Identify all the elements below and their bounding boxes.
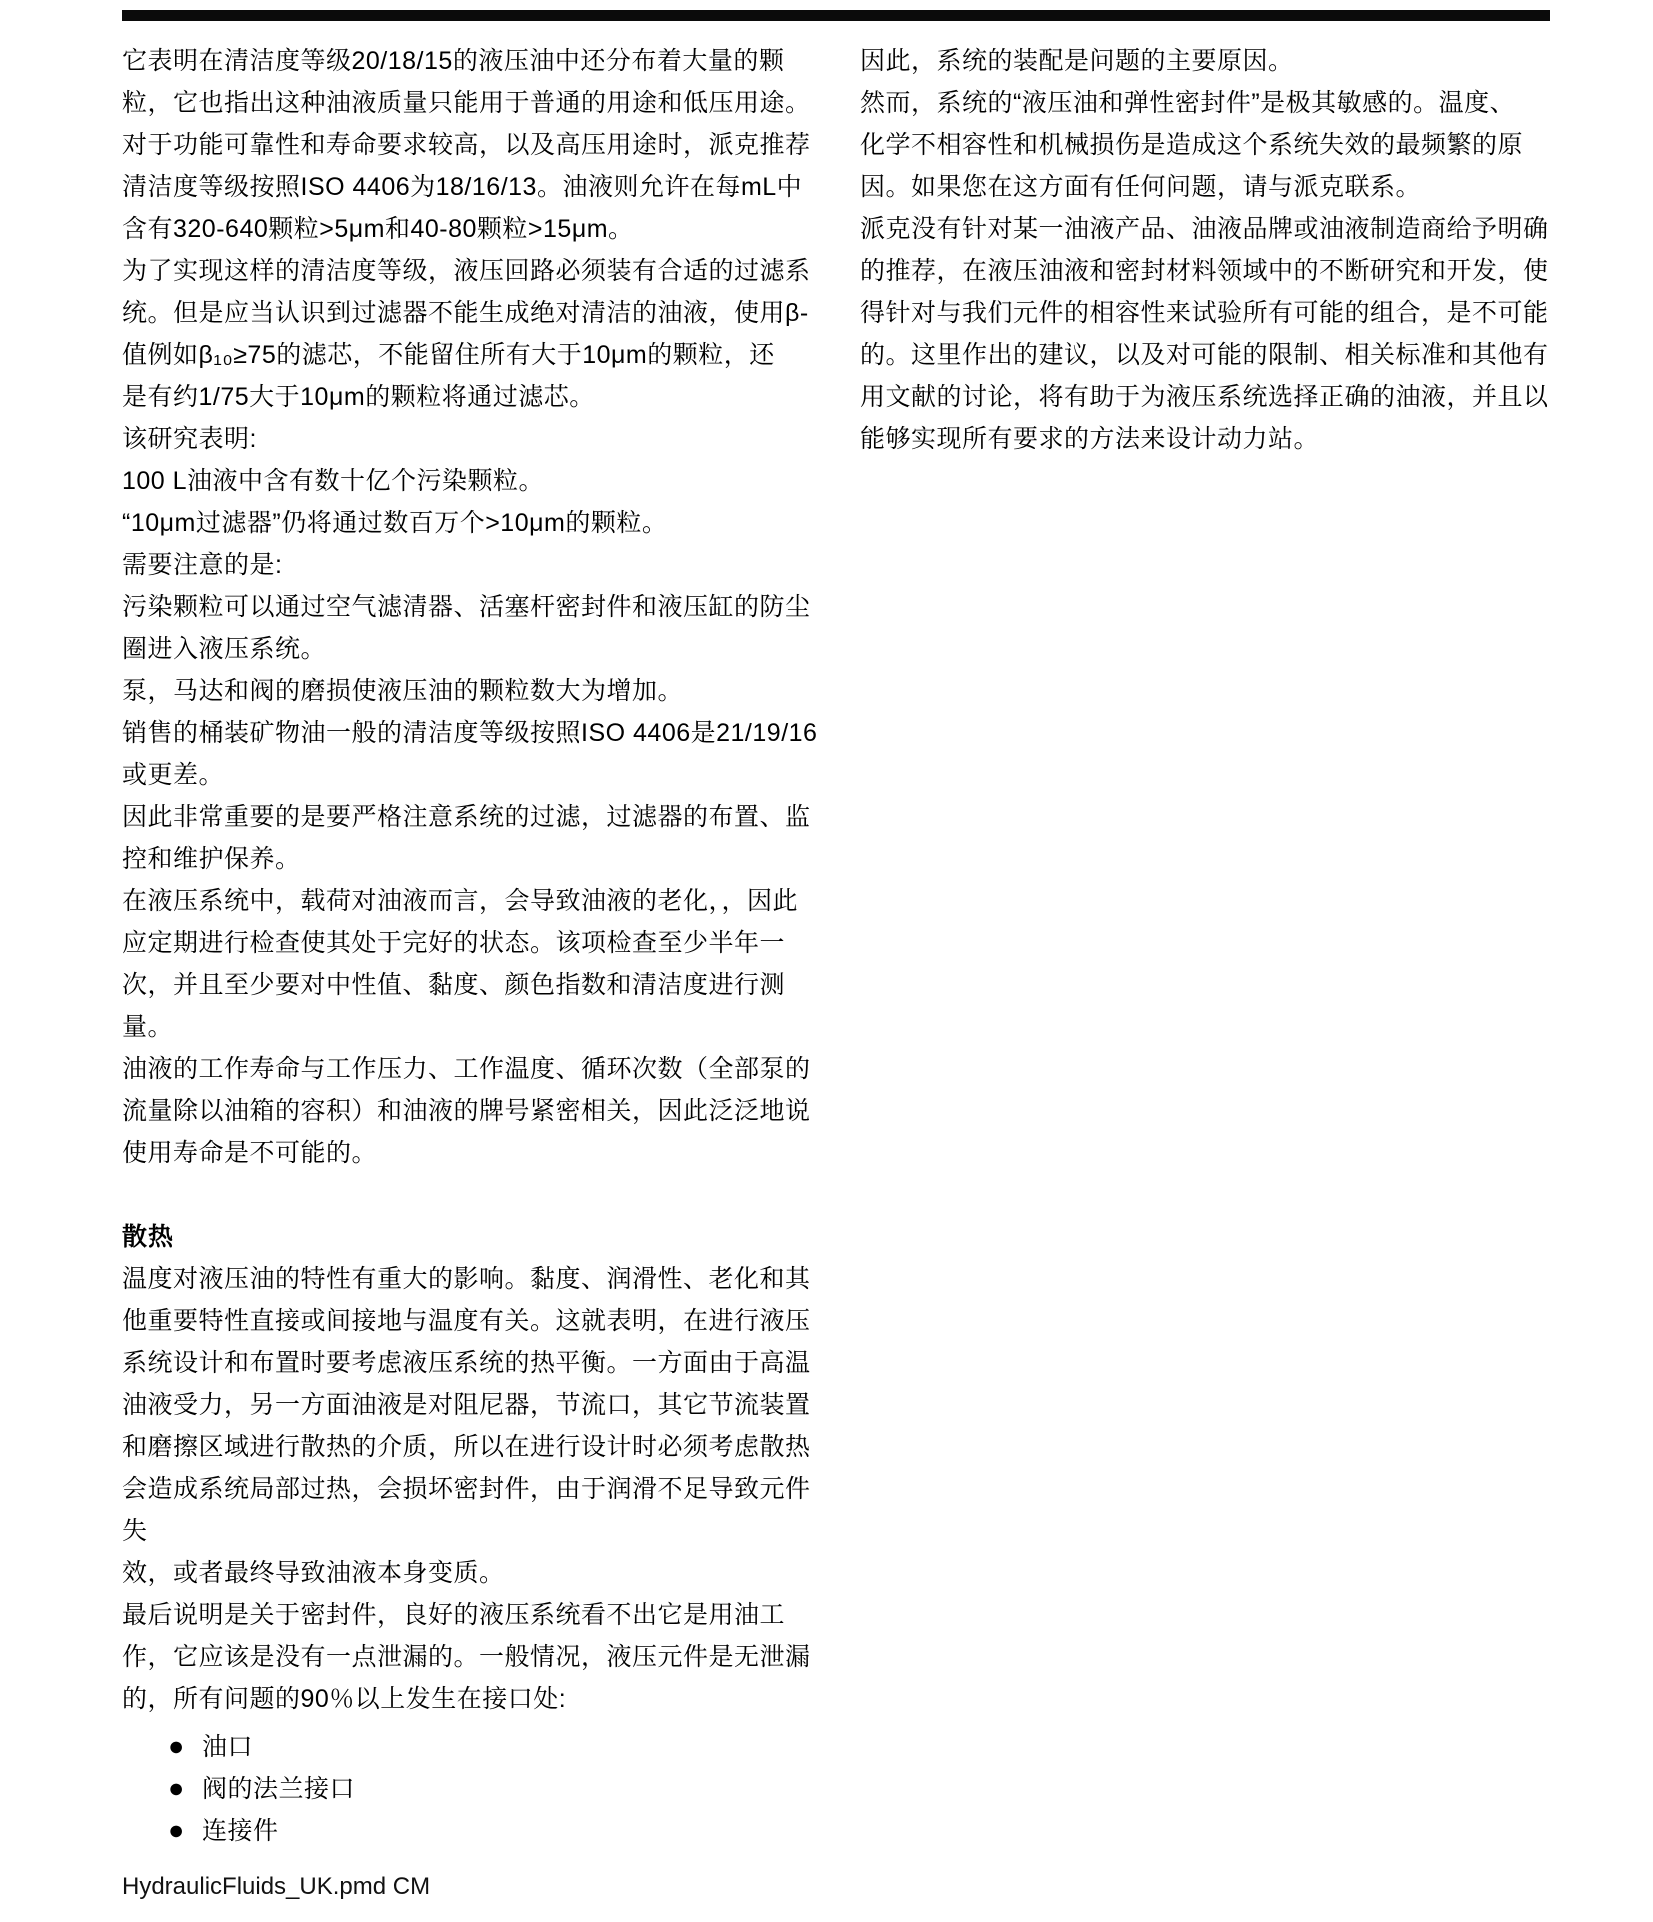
text-line: 或更差。 [122,754,838,796]
bullet-icon: ● [168,1725,202,1767]
text-line: 系统设计和布置时要考虑液压系统的热平衡。一方面由于高温 [122,1342,838,1384]
text-line: 量。 [122,1006,838,1048]
text-line: 在液压系统中，载荷对油液而言，会导致油液的老化，，因此 [122,880,838,922]
text-line: 效，或者最终导致油液本身变质。 [122,1552,838,1594]
text-line: 派克没有针对某一油液产品、油液品牌或油液制造商给予明确 [860,208,1600,250]
list-item-label: 阀的法兰接口 [202,1775,355,1803]
text-line: 的推荐，在液压油液和密封材料领域中的不断研究和开发，使 [860,250,1600,292]
text-line: 统。但是应当认识到过滤器不能生成绝对清洁的油液，使用β- [122,292,838,334]
top-rule-divider [122,10,1550,21]
text-line: 用文献的讨论，将有助于为液压系统选择正确的油液，并且以 [860,376,1600,418]
text-line: 需要注意的是: [122,544,838,586]
footer-filename: HydraulicFluids_UK.pmd CM [122,1872,430,1902]
text-line: 为了实现这样的清洁度等级，液压回路必须装有合适的过滤系 [122,250,838,292]
text-line: 泵，马达和阀的磨损使液压油的颗粒数大为增加。 [122,670,838,712]
text-line: 因此非常重要的是要严格注意系统的过滤，过滤器的布置、监 [122,796,838,838]
list-item: ●阀的法兰接口 [122,1767,838,1809]
leak-points-list: ●油口 ●阀的法兰接口 ●连接件 [122,1725,838,1851]
list-item: ●油口 [122,1725,838,1767]
heat-dissipation-paragraph: 温度对液压油的特性有重大的影响。黏度、润滑性、老化和其 他重要特性直接或间接地与… [122,1258,838,1720]
text-line: 该研究表明: [122,418,838,460]
right-paragraph: 因此，系统的装配是问题的主要原因。 然而，系统的“液压油和弹性密封件”是极其敏感… [860,40,1600,460]
text-line: 值例如β₁₀≥75的滤芯，不能留住所有大于10μm的颗粒，还 [122,334,838,376]
list-item: ●连接件 [122,1809,838,1851]
text-line: 使用寿命是不可能的。 [122,1132,838,1174]
text-line: 销售的桶装矿物油一般的清洁度等级按照ISO 4406是21/19/16 [122,712,838,754]
text-line: 和磨擦区域进行散热的介质，所以在进行设计时必须考虑散热 [122,1426,838,1468]
text-line: 油液的工作寿命与工作压力、工作温度、循环次数（全部泵的 [122,1048,838,1090]
bullet-icon: ● [168,1809,202,1851]
list-item-label: 油口 [202,1733,253,1761]
text-line: 含有320-640颗粒>5μm和40-80颗粒>15μm。 [122,208,838,250]
text-line: 作，它应该是没有一点泄漏的。一般情况，液压元件是无泄漏 [122,1636,838,1678]
text-line: 次，并且至少要对中性值、黏度、颜色指数和清洁度进行测 [122,964,838,1006]
right-column: 因此，系统的装配是问题的主要原因。 然而，系统的“液压油和弹性密封件”是极其敏感… [860,40,1600,460]
text-line: 的。这里作出的建议，以及对可能的限制、相关标准和其他有 [860,334,1600,376]
text-line: 流量除以油箱的容积）和油液的牌号紧密相关，因此泛泛地说 [122,1090,838,1132]
text-line: 的，所有问题的90％以上发生在接口处: [122,1678,838,1720]
text-line: 温度对液压油的特性有重大的影响。黏度、润滑性、老化和其 [122,1258,838,1300]
left-column: 它表明在清洁度等级20/18/15的液压油中还分布着大量的颗 粒，它也指出这种油… [122,40,838,1851]
text-line: 因此，系统的装配是问题的主要原因。 [860,40,1600,82]
text-line: 最后说明是关于密封件，良好的液压系统看不出它是用油工 [122,1594,838,1636]
text-line: 他重要特性直接或间接地与温度有关。这就表明，在进行液压 [122,1300,838,1342]
intro-paragraph: 它表明在清洁度等级20/18/15的液压油中还分布着大量的颗 粒，它也指出这种油… [122,40,838,1174]
text-line: 粒，它也指出这种油液质量只能用于普通的用途和低压用途。 [122,82,838,124]
text-line: 它表明在清洁度等级20/18/15的液压油中还分布着大量的颗 [122,40,838,82]
text-line: 控和维护保养。 [122,838,838,880]
section-heading-heat-dissipation: 散热 [122,1216,838,1258]
list-item-label: 连接件 [202,1817,279,1845]
text-line: 得针对与我们元件的相容性来试验所有可能的组合，是不可能 [860,292,1600,334]
text-line: 应定期进行检查使其处于完好的状态。该项检查至少半年一 [122,922,838,964]
text-line: “10μm过滤器”仍将通过数百万个>10μm的颗粒。 [122,502,838,544]
text-line: 因。如果您在这方面有任何问题，请与派克联系。 [860,166,1600,208]
text-line: 100 L油液中含有数十亿个污染颗粒。 [122,460,838,502]
text-line: 油液受力，另一方面油液是对阻尼器，节流口，其它节流装置 [122,1384,838,1426]
text-line: 污染颗粒可以通过空气滤清器、活塞杆密封件和液压缸的防尘 [122,586,838,628]
text-line: 会造成系统局部过热，会损坏密封件，由于润滑不足导致元件 [122,1468,838,1510]
text-line: 然而，系统的“液压油和弹性密封件”是极其敏感的。温度、 [860,82,1600,124]
bullet-icon: ● [168,1767,202,1809]
text-line: 对于功能可靠性和寿命要求较高，以及高压用途时，派克推荐 [122,124,838,166]
text-line: 圈进入液压系统。 [122,628,838,670]
text-line: 是有约1/75大于10μm的颗粒将通过滤芯。 [122,376,838,418]
text-line: 清洁度等级按照ISO 4406为18/16/13。油液则允许在每mL中 [122,166,838,208]
text-line: 化学不相容性和机械损伤是造成这个系统失效的最频繁的原 [860,124,1600,166]
text-line: 能够实现所有要求的方法来设计动力站。 [860,418,1600,460]
text-line: 失 [122,1510,838,1552]
